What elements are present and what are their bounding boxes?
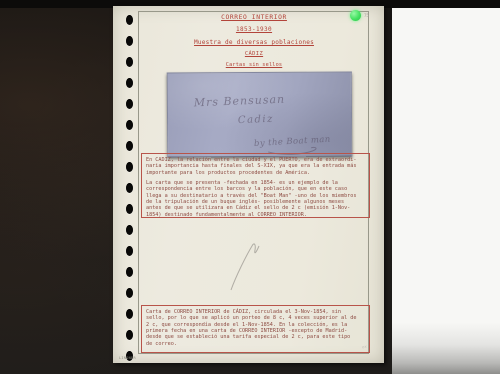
binder-hole <box>126 267 133 277</box>
binder-hole <box>126 204 133 214</box>
binder-hole <box>126 15 133 25</box>
exhibit-subtitle: Muestra de diversas poblaciones <box>138 39 370 46</box>
description-box-2: Carta de CORREO INTERIOR de CÁDIZ, circu… <box>141 305 370 353</box>
exhibit-period: 1853-1930 <box>138 26 370 33</box>
binder-hole <box>126 78 133 88</box>
binder-hole <box>126 225 133 235</box>
binder-hole <box>126 162 133 172</box>
corner-pencil-mark: ex <box>362 344 367 350</box>
description-box-1: En CADIZ, la relación entre la ciudad y … <box>141 153 370 218</box>
handwriting-layer: Mrs Bensusan Cadiz by the Boat man <box>168 73 353 159</box>
paragraph-1: En CADIZ, la relación entre la ciudad y … <box>142 157 369 176</box>
address-line-1: Mrs Bensusan <box>193 93 286 110</box>
binder-hole <box>126 183 133 193</box>
binder-hole <box>126 246 133 256</box>
exhibit-title: CORREO INTERIOR <box>138 14 370 21</box>
cover-envelope: Mrs Bensusan Cadiz by the Boat man <box>167 72 352 158</box>
binder-hole <box>126 36 133 46</box>
album-brand-mark: LINDNER <box>119 356 136 360</box>
exhibit-subsection: Cartas sin sellos <box>138 62 370 68</box>
binder-hole <box>126 57 133 67</box>
pencil-annotation: 75 <box>364 13 369 18</box>
binder-hole <box>126 288 133 298</box>
binder-hole <box>126 141 133 151</box>
paragraph-3: Carta de CORREO INTERIOR de CÁDIZ, circu… <box>142 309 369 347</box>
green-dot-sticker <box>350 10 361 21</box>
white-backdrop <box>392 7 500 374</box>
paragraph-2: La carta que se presenta -fechada en 185… <box>142 180 369 218</box>
address-line-3: by the Boat man <box>254 135 331 149</box>
photo-backdrop: CORREO INTERIOR 1853-1930 Muestra de div… <box>0 0 500 374</box>
binder-hole <box>126 330 133 340</box>
binder-hole <box>126 99 133 109</box>
exhibit-section: CÁDIZ <box>138 51 370 57</box>
pencil-squiggle <box>223 234 273 294</box>
album-page: CORREO INTERIOR 1853-1930 Muestra de div… <box>113 6 384 363</box>
binder-hole <box>126 309 133 319</box>
binder-hole <box>126 120 133 130</box>
address-line-2: Cadiz <box>238 114 274 126</box>
